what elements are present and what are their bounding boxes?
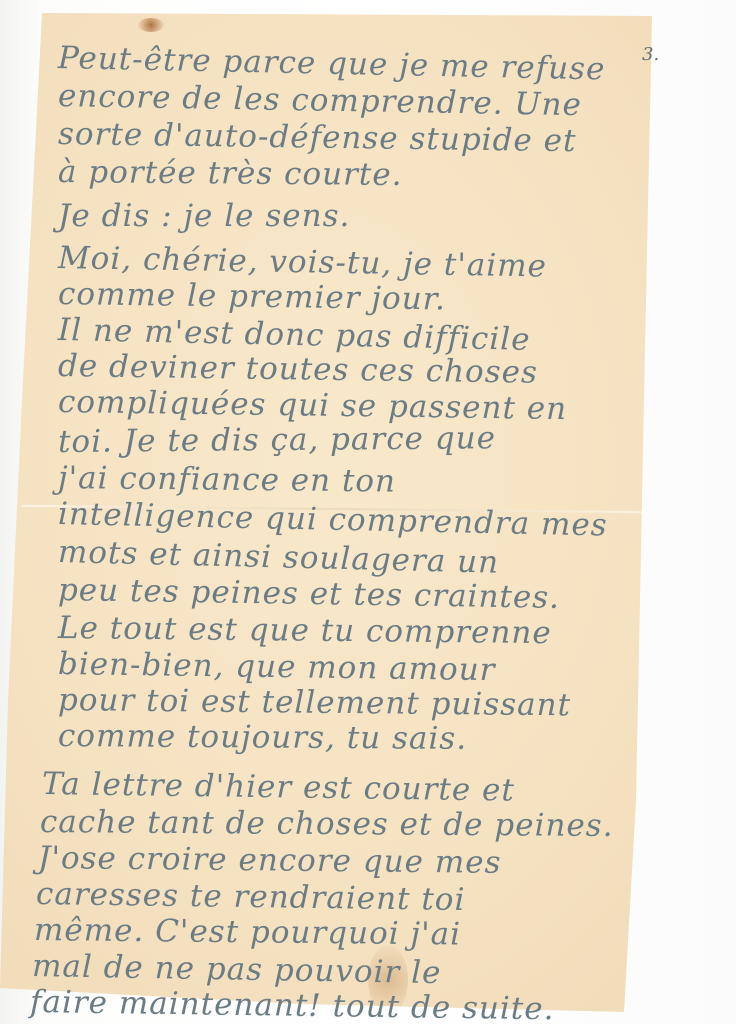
letter-line: cache tant de choses et de peines.: [40, 804, 614, 844]
letter-line: Ta lettre d'hier est courte et: [42, 766, 515, 809]
letter-line: pour toi est tellement puissant: [58, 682, 571, 723]
page-number: 3.: [642, 44, 659, 65]
letter-line: j'ai confiance en ton: [58, 460, 396, 500]
letter-line: même. C'est pourquoi j'ai: [34, 912, 461, 952]
letter-line: Le tout est que tu comprenne: [58, 610, 552, 651]
letter-line: faire maintenant! tout de suite.: [30, 984, 555, 1024]
letter-line: à portée très courte.: [58, 154, 403, 193]
rust-stain-top: [138, 18, 164, 32]
letter-line: J'ose croire encore que mes: [38, 840, 502, 881]
letter-line: comme toujours, tu sais.: [58, 718, 467, 757]
letter-line: toi. Je te dis ça, parce que: [58, 420, 496, 460]
letter-line: caresses te rendraient toi: [36, 876, 466, 918]
letter-line: sorte d'auto-défense stupide et: [58, 116, 577, 159]
letter-line: comme le premier jour.: [58, 276, 446, 317]
letter-line: Je dis : je le sens.: [58, 198, 350, 234]
